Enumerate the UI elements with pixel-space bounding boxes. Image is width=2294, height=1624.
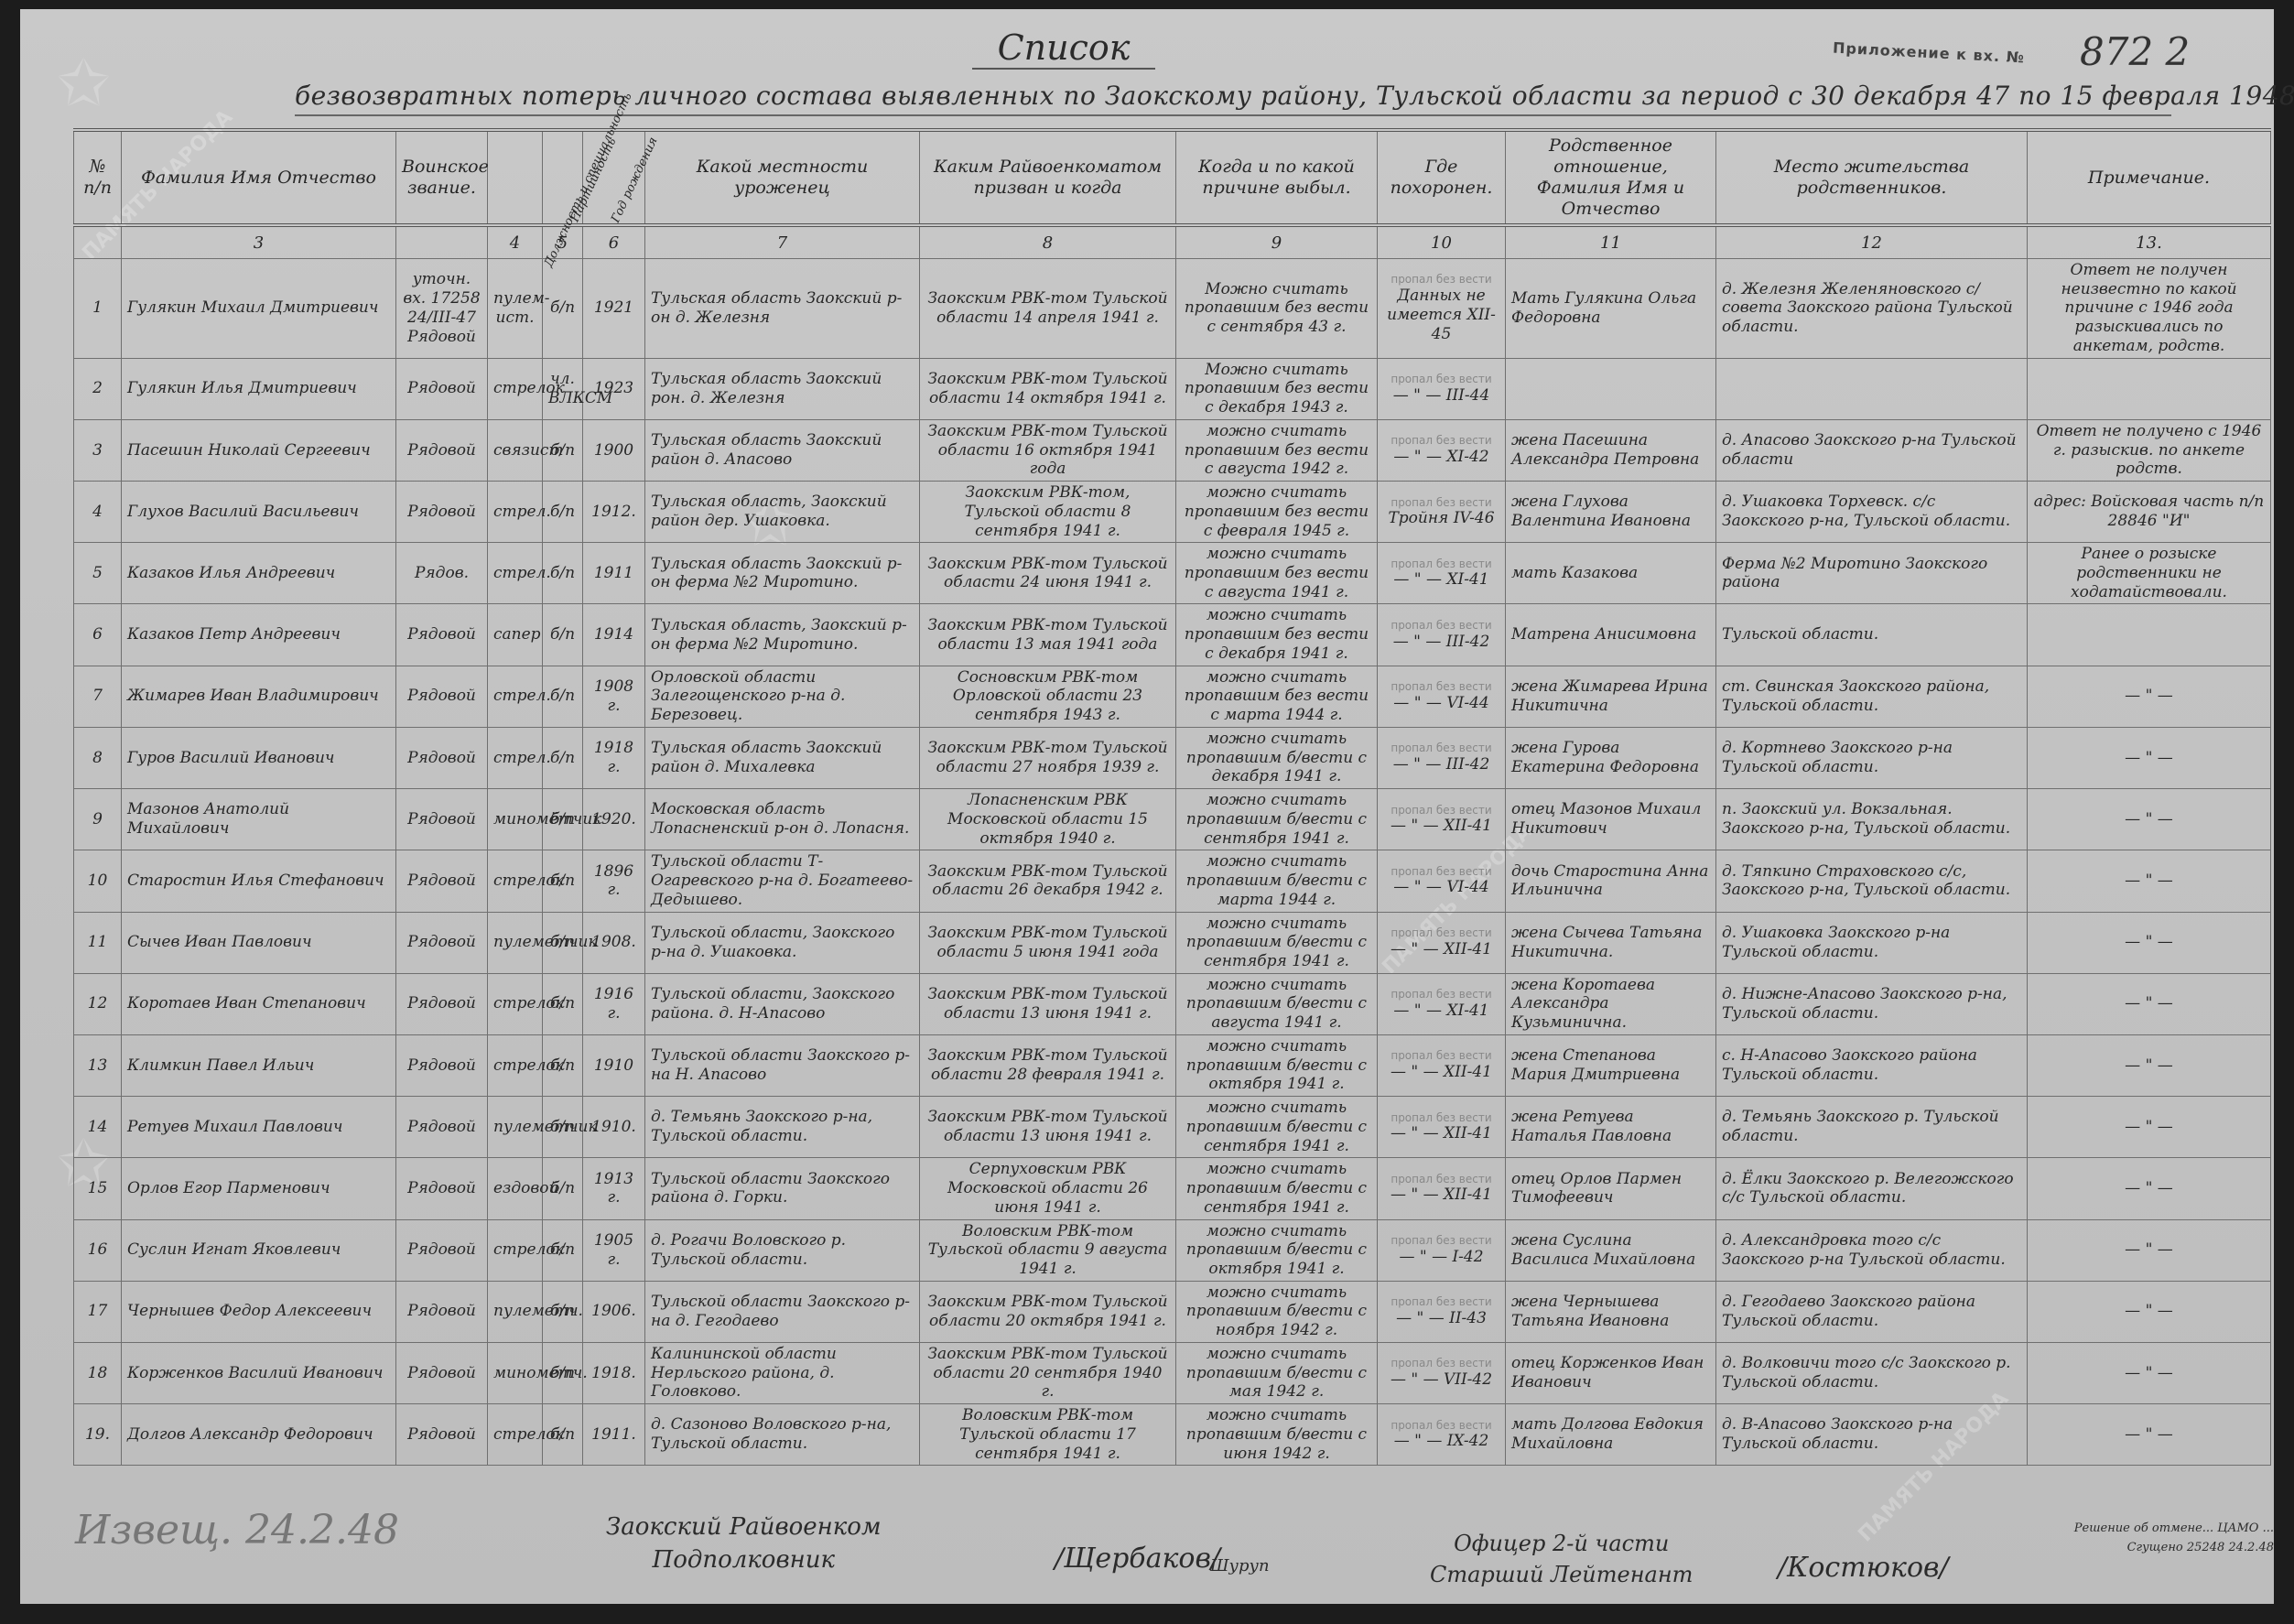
- missing-stamp: пропал без вести: [1383, 804, 1499, 817]
- specialty: связист: [488, 419, 543, 481]
- note: — " —: [2028, 1219, 2271, 1281]
- soldier-name: Долгов Александр Федорович: [122, 1404, 396, 1466]
- missing-stamp: пропал без вести: [1383, 1357, 1499, 1370]
- burial-value: — " — III-44: [1393, 386, 1490, 405]
- relative-address: Тульской области.: [1716, 604, 2028, 666]
- party-membership: чл. ВЛКСМ: [543, 358, 583, 419]
- draft-info: Заокским РВК-том Тульской области 5 июня…: [920, 912, 1176, 973]
- note: — " —: [2028, 1404, 2271, 1466]
- birth-year: 1911: [583, 543, 645, 604]
- relative-address: д. Тяпкино Страховского с/с, Заокского р…: [1716, 850, 2028, 912]
- military-rank: Рядовой: [396, 912, 488, 973]
- note: — " —: [2028, 727, 2271, 788]
- row-number: 11: [74, 912, 122, 973]
- loss-status: можно считать пропавшим б/вести с сентяб…: [1176, 1158, 1378, 1219]
- row-number: 13: [74, 1034, 122, 1096]
- table-row: 12Коротаев Иван СтепановичРядовойстрелок…: [74, 973, 2271, 1034]
- birth-year: 1908.: [583, 912, 645, 973]
- burial-place: пропал без вести— " — XI-41: [1378, 543, 1506, 604]
- birthplace: Тульская область Заокский р-он ферма №2 …: [645, 543, 920, 604]
- military-rank: Рядовой: [396, 358, 488, 419]
- birthplace: Тульской области Т-Огаревского р-на д. Б…: [645, 850, 920, 912]
- relative-name: жена Сычева Татьяна Никитична.: [1506, 912, 1716, 973]
- loss-status: можно считать пропавшим б/вести с июня 1…: [1176, 1404, 1378, 1466]
- burial-value: — " — III-42: [1393, 633, 1490, 651]
- row-number: 2: [74, 358, 122, 419]
- table-row: 4Глухов Василий ВасильевичРядовойстрел.б…: [74, 482, 2271, 543]
- burial-place: пропал без вести— " — XII-41: [1378, 1034, 1506, 1096]
- birthplace: Тульская область Заокский р-он д. Железн…: [645, 259, 920, 359]
- loss-status: можно считать пропавшим без вести с март…: [1176, 666, 1378, 727]
- soldier-name: Ретуев Михаил Павлович: [122, 1097, 396, 1158]
- relative-address: д. Нижне-Апасово Заокского р-на, Тульско…: [1716, 973, 2028, 1034]
- table-row: 6Казаков Петр АндреевичРядовойсаперб/п19…: [74, 604, 2271, 666]
- birth-year: 1908 г.: [583, 666, 645, 727]
- relative-address: д. Ушаковка Заокского р-на Тульской обла…: [1716, 912, 2028, 973]
- specialty: пулеметчик: [488, 1097, 543, 1158]
- specialty: стрелок: [488, 1404, 543, 1466]
- specialty: минометч.: [488, 1342, 543, 1403]
- burial-value: — " — VI-44: [1393, 694, 1488, 712]
- relative-address: Ферма №2 Миротино Заокского района: [1716, 543, 2028, 604]
- table-row: 7Жимарев Иван ВладимировичРядовойстрел.б…: [74, 666, 2271, 727]
- relative-name: жена Жимарева Ирина Никитична: [1506, 666, 1716, 727]
- specialty: стрелок: [488, 973, 543, 1034]
- birthplace: Орловской области Залегощенского р-на д.…: [645, 666, 920, 727]
- draft-info: Заокским РВК-том Тульской области 14 апр…: [920, 259, 1176, 359]
- relative-address: п. Заокский ул. Вокзальная. Заокского р-…: [1716, 789, 2028, 850]
- burial-value: — " — XI-41: [1393, 570, 1488, 589]
- row-number: 5: [74, 543, 122, 604]
- missing-stamp: пропал без вести: [1383, 1049, 1499, 1063]
- commissar-signature: /Щербаков/: [1055, 1543, 1220, 1575]
- table-row: 2Гулякин Илья ДмитриевичРядовойстрелокчл…: [74, 358, 2271, 419]
- soldier-name: Гуров Василий Иванович: [122, 727, 396, 788]
- table-row: 1Гулякин Михаил Дмитриевичуточн. вх. 172…: [74, 259, 2271, 359]
- row-number: 12: [74, 973, 122, 1034]
- relative-name: отец Орлов Пармен Тимофеевич: [1506, 1158, 1716, 1219]
- missing-stamp: пропал без вести: [1383, 373, 1499, 386]
- table-row: 3Пасешин Николай СергеевичРядовойсвязист…: [74, 419, 2271, 481]
- relative-name: жена Глухова Валентина Ивановна: [1506, 482, 1716, 543]
- burial-value: — " — III-42: [1393, 755, 1490, 774]
- relative-address: с. Н-Апасово Заокского района Тульской о…: [1716, 1034, 2028, 1096]
- column-number: 9: [1176, 225, 1378, 259]
- specialty: пулеметчик: [488, 912, 543, 973]
- losses-table: № п/пФамилия Имя ОтчествоВоинское звание…: [73, 128, 2271, 1466]
- birthplace: Московская область Лопасненский р-он д. …: [645, 789, 920, 850]
- column-header: Примечание.: [2028, 130, 2271, 225]
- registration-stamp: Приложение к вх. №: [1833, 39, 2026, 67]
- draft-info: Лопасненским РВК Московской области 15 о…: [920, 789, 1176, 850]
- burial-place: пропал без вести— " — III-42: [1378, 604, 1506, 666]
- column-number: 13.: [2028, 225, 2271, 259]
- burial-place: пропал без вести— " — VII-42: [1378, 1342, 1506, 1403]
- draft-info: Заокским РВК-том Тульской области 13 мая…: [920, 604, 1176, 666]
- note: Ответ не получен неизвестно по какой при…: [2028, 259, 2271, 359]
- column-number: 3: [122, 225, 396, 259]
- column-number: 6: [583, 225, 645, 259]
- officer-signature: /Костюков/: [1778, 1552, 1949, 1584]
- burial-place: пропал без вести— " — XII-41: [1378, 912, 1506, 973]
- row-number: 15: [74, 1158, 122, 1219]
- burial-place: пропал без вести— " — I-42: [1378, 1219, 1506, 1281]
- soldier-name: Старостин Илья Стефанович: [122, 850, 396, 912]
- column-number: 11: [1506, 225, 1716, 259]
- burial-place: пропал без вестиТройня IV-46: [1378, 482, 1506, 543]
- specialty: стрелок: [488, 358, 543, 419]
- loss-status: можно считать пропавшим б/вести с ноября…: [1176, 1281, 1378, 1342]
- note: — " —: [2028, 666, 2271, 727]
- loss-status: Можно считать пропавшим без вести с сент…: [1176, 259, 1378, 359]
- soldier-name: Казаков Петр Андреевич: [122, 604, 396, 666]
- column-number: 10: [1378, 225, 1506, 259]
- notice-annotation: Извещ. 24.2.48: [75, 1510, 399, 1551]
- burial-value: — " — XII-41: [1390, 817, 1492, 835]
- draft-info: Заокским РВК-том Тульской области 28 фев…: [920, 1034, 1176, 1096]
- table-row: 8Гуров Василий ИвановичРядовойстрел.б/п1…: [74, 727, 2271, 788]
- soldier-name: Мазонов Анатолий Михайлович: [122, 789, 396, 850]
- burial-value: — " — XII-41: [1390, 1124, 1492, 1142]
- draft-info: Заокским РВК-том, Тульской области 8 сен…: [920, 482, 1176, 543]
- column-number: [74, 225, 122, 259]
- table-row: 10Старостин Илья СтефановичРядовойстрело…: [74, 850, 2271, 912]
- note: — " —: [2028, 1281, 2271, 1342]
- soldier-name: Орлов Егор Парменович: [122, 1158, 396, 1219]
- soldier-name: Суслин Игнат Яковлевич: [122, 1219, 396, 1281]
- burial-value: — " — IX-42: [1394, 1432, 1489, 1450]
- birthplace: Тульская область Заокский район д. Апасо…: [645, 419, 920, 481]
- relative-name: жена Коротаева Александра Кузьминична.: [1506, 973, 1716, 1034]
- table-header-row: № п/пФамилия Имя ОтчествоВоинское звание…: [74, 130, 2271, 225]
- note: Ранее о розыске родственники не ходатайс…: [2028, 543, 2271, 604]
- specialty: миномётчик: [488, 789, 543, 850]
- commissar-title: Заокский Райвоенком: [606, 1510, 882, 1543]
- birthplace: Тульская область Заокский район д. Михал…: [645, 727, 920, 788]
- missing-stamp: пропал без вести: [1383, 619, 1499, 633]
- burial-value: Тройня IV-46: [1388, 509, 1494, 527]
- specialty: стрелок: [488, 1219, 543, 1281]
- archive-number: 872 2: [2080, 29, 2190, 74]
- relative-address: д. Апасово Заокского р-на Тульской облас…: [1716, 419, 2028, 481]
- draft-info: Заокским РВК-том Тульской области 13 июн…: [920, 1097, 1176, 1158]
- birthplace: Тульской области Заокского р-на Н. Апасо…: [645, 1034, 920, 1096]
- birthplace: Калининской области Нерльского района, д…: [645, 1342, 920, 1403]
- military-rank: Рядовой: [396, 419, 488, 481]
- burial-value: — " — I-42: [1399, 1248, 1483, 1266]
- birth-year: 1905 г.: [583, 1219, 645, 1281]
- relative-name: отец Мазонов Михаил Никитович: [1506, 789, 1716, 850]
- soldier-name: Жимарев Иван Владимирович: [122, 666, 396, 727]
- loss-status: можно считать пропавшим б/вести с октябр…: [1176, 1034, 1378, 1096]
- draft-info: Заокским РВК-том Тульской области 27 ноя…: [920, 727, 1176, 788]
- row-number: 18: [74, 1342, 122, 1403]
- draft-info: Воловским РВК-том Тульской области 17 се…: [920, 1404, 1176, 1466]
- secondary-signature: Шуруп: [1210, 1556, 1270, 1575]
- table-row: 5Казаков Илья АндреевичРядов.стрел.б/п19…: [74, 543, 2271, 604]
- note: — " —: [2028, 1097, 2271, 1158]
- loss-status: можно считать пропавшим б/вести с август…: [1176, 973, 1378, 1034]
- burial-value: — " — XI-42: [1393, 448, 1488, 466]
- row-number: 3: [74, 419, 122, 481]
- soldier-name: Гулякин Михаил Дмитриевич: [122, 259, 396, 359]
- column-number: [396, 225, 488, 259]
- row-number: 14: [74, 1097, 122, 1158]
- officer-title: Офицер 2-й части: [1430, 1529, 1693, 1560]
- missing-stamp: пропал без вести: [1383, 742, 1499, 755]
- military-rank: Рядовой: [396, 973, 488, 1034]
- military-rank: Рядовой: [396, 789, 488, 850]
- missing-stamp: пропал без вести: [1383, 1419, 1499, 1433]
- draft-info: Воловским РВК-том Тульской области 9 авг…: [920, 1219, 1176, 1281]
- loss-status: можно считать пропавшим б/вести с марта …: [1176, 850, 1378, 912]
- watermark-star-icon: ✩: [57, 46, 111, 121]
- column-header: Место жительства родственников.: [1716, 130, 2028, 225]
- birth-year: 1896 г.: [583, 850, 645, 912]
- relative-name: Мать Гулякина Ольга Федоровна: [1506, 259, 1716, 359]
- birth-year: 1900: [583, 419, 645, 481]
- document-sheet: ✩ ✩ ✩ ПАМЯТЬ НАРОДА ПАМЯТЬ НАРОДА ПАМЯТЬ…: [20, 9, 2274, 1604]
- missing-stamp: пропал без вести: [1383, 1173, 1499, 1186]
- loss-status: можно считать пропавшим без вести с февр…: [1176, 482, 1378, 543]
- note: — " —: [2028, 1034, 2271, 1096]
- table-row: 11Сычев Иван ПавловичРядовойпулеметчикб/…: [74, 912, 2271, 973]
- draft-info: Заокским РВК-том Тульской области 20 сен…: [920, 1342, 1176, 1403]
- burial-value: — " — VI-44: [1393, 878, 1488, 896]
- table-row: 18Корженков Василий ИвановичРядовоймином…: [74, 1342, 2271, 1403]
- relative-address: [1716, 358, 2028, 419]
- specialty: стрел.: [488, 666, 543, 727]
- birth-year: 1916 г.: [583, 973, 645, 1034]
- military-rank: Рядовой: [396, 1034, 488, 1096]
- burial-place: пропал без вести— " — II-43: [1378, 1281, 1506, 1342]
- row-number: 8: [74, 727, 122, 788]
- specialty: стрелок: [488, 850, 543, 912]
- note: [2028, 604, 2271, 666]
- birthplace: Тульской области Заокского р-на д. Гегод…: [645, 1281, 920, 1342]
- row-number: 4: [74, 482, 122, 543]
- missing-stamp: пропал без вести: [1383, 1234, 1499, 1248]
- column-header: Где похоронен.: [1378, 130, 1506, 225]
- specialty: стрел.: [488, 543, 543, 604]
- column-header: Когда и по какой причине выбыл.: [1176, 130, 1378, 225]
- loss-status: можно считать пропавшим б/вести с декабр…: [1176, 727, 1378, 788]
- birth-year: 1914: [583, 604, 645, 666]
- relative-name: дочь Старостина Анна Ильинична: [1506, 850, 1716, 912]
- officer-block: Офицер 2-й части Старший Лейтенант: [1430, 1529, 1693, 1590]
- relative-name: жена Пасешина Александра Петровна: [1506, 419, 1716, 481]
- missing-stamp: пропал без вести: [1383, 1295, 1499, 1309]
- birth-year: 1918 г.: [583, 727, 645, 788]
- soldier-name: Коротаев Иван Степанович: [122, 973, 396, 1034]
- birth-year: 1910: [583, 1034, 645, 1096]
- birth-year: 1911.: [583, 1404, 645, 1466]
- table-row: 16Суслин Игнат ЯковлевичРядовойстрелокб/…: [74, 1219, 2271, 1281]
- missing-stamp: пропал без вести: [1383, 988, 1499, 1001]
- burial-value: — " — XII-41: [1390, 940, 1492, 958]
- column-header: Какой местности уроженец: [645, 130, 920, 225]
- burial-value: — " — XI-41: [1393, 1001, 1488, 1020]
- column-header: Фамилия Имя Отчество: [122, 130, 396, 225]
- relative-name: жена Степанова Мария Дмитриевна: [1506, 1034, 1716, 1096]
- missing-stamp: пропал без вести: [1383, 926, 1499, 940]
- birthplace: Тульская область, Заокский район дер. Уш…: [645, 482, 920, 543]
- burial-place: пропал без вести— " — XI-41: [1378, 973, 1506, 1034]
- relative-address: д. Александровка того с/с Заокского р-на…: [1716, 1219, 2028, 1281]
- relative-name: мать Казакова: [1506, 543, 1716, 604]
- burial-place: пропал без вести— " — IX-42: [1378, 1404, 1506, 1466]
- military-rank: Рядовой: [396, 1097, 488, 1158]
- specialty: стрел.: [488, 727, 543, 788]
- burial-value: Данных не имеется XII-45: [1387, 287, 1496, 342]
- specialty: пулеметч.: [488, 1281, 543, 1342]
- birthplace: д. Сазоново Воловского р-на, Тульской об…: [645, 1404, 920, 1466]
- burial-value: — " — VII-42: [1390, 1370, 1492, 1389]
- birthplace: д. Рогачи Воловского р. Тульской области…: [645, 1219, 920, 1281]
- military-rank: Рядовой: [396, 482, 488, 543]
- row-number: 10: [74, 850, 122, 912]
- soldier-name: Глухов Василий Васильевич: [122, 482, 396, 543]
- note: — " —: [2028, 850, 2271, 912]
- missing-stamp: пропал без вести: [1383, 865, 1499, 879]
- military-rank: Рядов.: [396, 543, 488, 604]
- specialty: сапер: [488, 604, 543, 666]
- military-rank: Рядовой: [396, 850, 488, 912]
- draft-info: Серпуховским РВК Московской области 26 и…: [920, 1158, 1176, 1219]
- note: — " —: [2028, 1342, 2271, 1403]
- military-rank: Рядовой: [396, 604, 488, 666]
- military-rank: Рядовой: [396, 1342, 488, 1403]
- officer-rank: Старший Лейтенант: [1430, 1560, 1693, 1591]
- loss-status: можно считать пропавшим б/вести с сентяб…: [1176, 912, 1378, 973]
- soldier-name: Казаков Илья Андреевич: [122, 543, 396, 604]
- note: — " —: [2028, 789, 2271, 850]
- note: адрес: Войсковая часть п/п 28846 "И": [2028, 482, 2271, 543]
- row-number: 9: [74, 789, 122, 850]
- burial-place: пропал без вестиДанных не имеется XII-45: [1378, 259, 1506, 359]
- burial-place: пропал без вести— " — XII-41: [1378, 1158, 1506, 1219]
- burial-value: — " — II-43: [1396, 1309, 1487, 1327]
- birth-year: 1906.: [583, 1281, 645, 1342]
- note: — " —: [2028, 1158, 2271, 1219]
- relative-name: мать Долгова Евдокия Михайловна: [1506, 1404, 1716, 1466]
- birth-year: 1918.: [583, 1342, 645, 1403]
- relative-address: д. Железня Желеняновского с/совета Заокс…: [1716, 259, 2028, 359]
- birthplace: Тульской области, Заокского р-на д. Ушак…: [645, 912, 920, 973]
- burial-place: пропал без вести— " — XI-42: [1378, 419, 1506, 481]
- loss-status: можно считать пропавшим б/вести с сентяб…: [1176, 1097, 1378, 1158]
- table-row: 15Орлов Егор ПарменовичРядовойездовойб/п…: [74, 1158, 2271, 1219]
- military-rank: Рядовой: [396, 1281, 488, 1342]
- note: Ответ не получено с 1946 г. разыскив. по…: [2028, 419, 2271, 481]
- specialty: стрелок: [488, 1034, 543, 1096]
- burial-value: — " — XII-41: [1390, 1063, 1492, 1081]
- row-number: 1: [74, 259, 122, 359]
- party-membership: б/п: [543, 259, 583, 359]
- draft-info: Заокским РВК-том Тульской области 26 дек…: [920, 850, 1176, 912]
- row-number: 7: [74, 666, 122, 727]
- missing-stamp: пропал без вести: [1383, 680, 1499, 694]
- column-number: 4: [488, 225, 543, 259]
- loss-status: можно считать пропавшим б/вести с мая 19…: [1176, 1342, 1378, 1403]
- birthplace: Тульской области Заокского района д. Гор…: [645, 1158, 920, 1219]
- note: — " —: [2028, 973, 2271, 1034]
- column-header: Должность и специальность: [488, 130, 543, 225]
- birth-year: 1910.: [583, 1097, 645, 1158]
- relative-name: жена Чернышева Татьяна Ивановна: [1506, 1281, 1716, 1342]
- loss-status: можно считать пропавшим без вести с авгу…: [1176, 543, 1378, 604]
- row-number: 17: [74, 1281, 122, 1342]
- note: [2028, 358, 2271, 419]
- relative-address: ст. Свинская Заокского района, Тульской …: [1716, 666, 2028, 727]
- missing-stamp: пропал без вести: [1383, 558, 1499, 571]
- loss-status: можно считать пропавшим без вести с авгу…: [1176, 419, 1378, 481]
- draft-info: Заокским РВК-том Тульской области 24 июн…: [920, 543, 1176, 604]
- corner-annotation: Решение об отмене... ЦАМО ... Сгущено 25…: [2052, 1520, 2274, 1558]
- loss-status: можно считать пропавшим б/вести с октябр…: [1176, 1219, 1378, 1281]
- missing-stamp: пропал без вести: [1383, 273, 1499, 287]
- table-row: 17Чернышев Федор АлексеевичРядовойпулеме…: [74, 1281, 2271, 1342]
- relative-name: жена Гурова Екатерина Федоровна: [1506, 727, 1716, 788]
- missing-stamp: пропал без вести: [1383, 1111, 1499, 1125]
- specialty: ездовой: [488, 1158, 543, 1219]
- specialty: пулем-ист.: [488, 259, 543, 359]
- birth-year: 1913 г.: [583, 1158, 645, 1219]
- draft-info: Заокским РВК-том Тульской области 13 июн…: [920, 973, 1176, 1034]
- burial-place: пропал без вести— " — XII-41: [1378, 1097, 1506, 1158]
- relative-name: жена Ретуева Наталья Павловна: [1506, 1097, 1716, 1158]
- loss-status: можно считать пропавшим б/вести с сентяб…: [1176, 789, 1378, 850]
- burial-value: — " — XII-41: [1390, 1186, 1492, 1204]
- birth-year: 1920.: [583, 789, 645, 850]
- draft-info: Заокским РВК-том Тульской области 16 окт…: [920, 419, 1176, 481]
- soldier-name: Сычев Иван Павлович: [122, 912, 396, 973]
- birthplace: Тульская область, Заокский р-он ферма №2…: [645, 604, 920, 666]
- draft-info: Заокским РВК-том Тульской области 14 окт…: [920, 358, 1176, 419]
- loss-status: можно считать пропавшим без вести с дека…: [1176, 604, 1378, 666]
- burial-place: пропал без вести— " — VI-44: [1378, 850, 1506, 912]
- table-row: 13Климкин Павел ИльичРядовойстрелокб/п19…: [74, 1034, 2271, 1096]
- column-header: Партийность: [543, 130, 583, 225]
- column-header: № п/п: [74, 130, 122, 225]
- birth-year: 1912.: [583, 482, 645, 543]
- table-row: 14Ретуев Михаил ПавловичРядовойпулеметчи…: [74, 1097, 2271, 1158]
- birthplace: Тульской области, Заокского района. д. Н…: [645, 973, 920, 1034]
- relative-address: д. Кортнево Заокского р-на Тульской обла…: [1716, 727, 2028, 788]
- party-membership: б/п: [543, 604, 583, 666]
- commissar-block: Заокский Райвоенком Подполковник: [606, 1510, 882, 1577]
- column-number-row: 345678910111213.: [74, 225, 2271, 259]
- birthplace: д. Темьянь Заокского р-на, Тульской обла…: [645, 1097, 920, 1158]
- birthplace: Тульская область Заокский рон. д. Железн…: [645, 358, 920, 419]
- missing-stamp: пропал без вести: [1383, 496, 1499, 510]
- document-subtitle: безвозвратных потерь личного состава выя…: [295, 81, 2171, 116]
- soldier-name: Пасешин Николай Сергеевич: [122, 419, 396, 481]
- military-rank: уточн. вх. 17258 24/III-47 Рядовой: [396, 259, 488, 359]
- specialty: стрел.: [488, 482, 543, 543]
- column-header: Каким Райвоенкоматом призван и когда: [920, 130, 1176, 225]
- soldier-name: Гулякин Илья Дмитриевич: [122, 358, 396, 419]
- soldier-name: Корженков Василий Иванович: [122, 1342, 396, 1403]
- soldier-name: Чернышев Федор Алексеевич: [122, 1281, 396, 1342]
- table-row: 9Мазонов Анатолий МихайловичРядовоймином…: [74, 789, 2271, 850]
- note: — " —: [2028, 912, 2271, 973]
- relative-name: Матрена Анисимовна: [1506, 604, 1716, 666]
- relative-name: жена Суслина Василиса Михайловна: [1506, 1219, 1716, 1281]
- column-number: 12: [1716, 225, 2028, 259]
- relative-address: д. Ёлки Заокского р. Велегожского с/с Ту…: [1716, 1158, 2028, 1219]
- column-header: Воинское звание.: [396, 130, 488, 225]
